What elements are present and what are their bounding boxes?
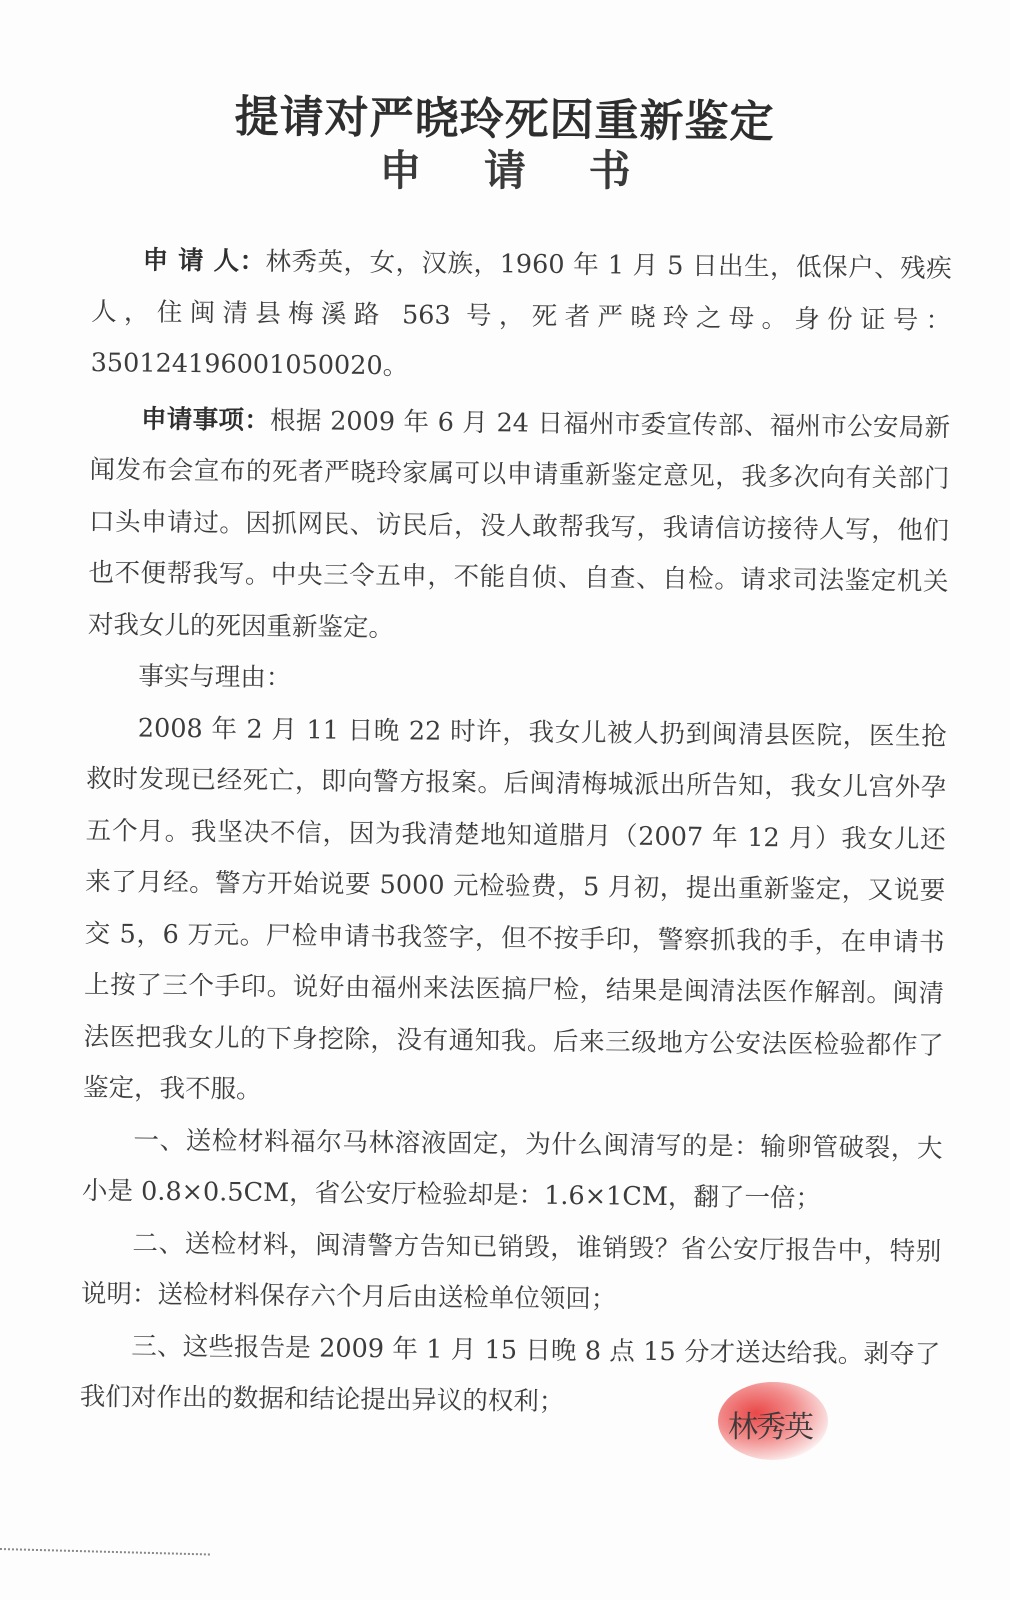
request-paragraph: 申请事项：根据 2009 年 6 月 24 日福州市委宣传部、福州市公安局新闻发… [88, 393, 951, 659]
document-body: 申 请 人：林秀英，女，汉族，1960 年 1 月 5 日出生，低保户、残疾人，… [80, 235, 952, 1432]
request-label: 申请事项： [141, 404, 270, 435]
document-page: 提请对严晓玲死因重新鉴定 申 请 书 申 请 人：林秀英，女，汉族，1960 年… [0, 0, 1010, 1600]
applicant-signature: 林秀英 [700, 1402, 840, 1446]
facts-paragraph: 2008 年 2 月 11 日晚 22 时许，我女儿被人扔到闽清县医院，医生抢救… [83, 702, 947, 1123]
subtitle-char: 书 [589, 138, 631, 198]
applicant-paragraph: 申 请 人：林秀英，女，汉族，1960 年 1 月 5 日出生，低保户、残疾人，… [90, 235, 952, 398]
request-text: 根据 2009 年 6 月 24 日福州市委宣传部、福州市公安局新闻发布会宣布的… [88, 405, 950, 642]
facts-point-2: 二、送检材料，闽清警方告知已销毁，谁销毁？省公安厅报告中，特别说明：送检材料保存… [81, 1217, 942, 1329]
applicant-label: 申 请 人： [143, 246, 266, 277]
scan-edge-dotted-line [0, 1548, 210, 1555]
subtitle-char: 申 [379, 138, 421, 198]
subtitle-char: 请 [484, 138, 526, 198]
facts-heading: 事实与理由： [87, 651, 947, 712]
document-subtitle: 申 请 书 [0, 138, 1010, 198]
signature-block: 林秀英 [700, 1380, 840, 1460]
facts-point-1: 一、送检材料福尔马林溶液固定，为什么闽清写的是：输卵管破裂，大小是 0.8×0.… [82, 1114, 943, 1226]
